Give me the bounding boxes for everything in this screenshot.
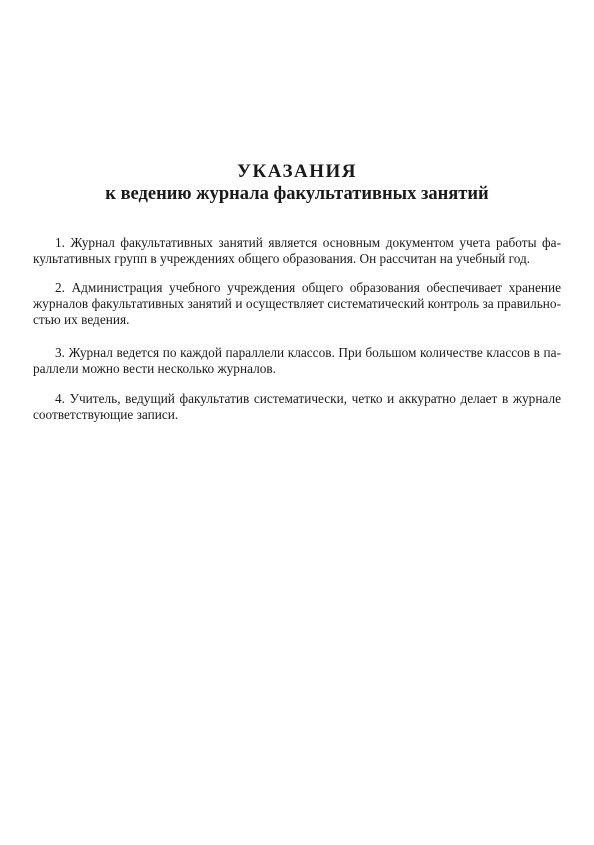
paragraph-line: 1. Журнал факультативных занятий являетс… bbox=[33, 235, 561, 251]
paragraph-line: 3. Журнал ведется по каждой параллели кл… bbox=[33, 345, 561, 361]
document-subtitle: к ведению журнала факультативных занятий bbox=[0, 182, 594, 206]
paragraph-line: стью их ведения. bbox=[33, 312, 561, 328]
paragraph-4: 4. Учитель, ведущий факультатив системат… bbox=[33, 391, 561, 423]
paragraph-line: 4. Учитель, ведущий факультатив системат… bbox=[33, 391, 561, 407]
paragraph-line: раллели можно вести несколько журналов. bbox=[33, 361, 561, 377]
paragraph-3: 3. Журнал ведется по каждой параллели кл… bbox=[33, 345, 561, 377]
paragraph-line: журналов факультативных занятий и осущес… bbox=[33, 296, 561, 312]
document-title: УКАЗАНИЯ bbox=[0, 160, 594, 184]
paragraph-1: 1. Журнал факультативных занятий являетс… bbox=[33, 235, 561, 267]
paragraph-line: соответствующие записи. bbox=[33, 407, 561, 423]
paragraph-line: культативных групп в учреждениях общего … bbox=[33, 251, 561, 267]
paragraph-2: 2. Администрация учебного учреждения общ… bbox=[33, 280, 561, 328]
paragraph-line: 2. Администрация учебного учреждения общ… bbox=[33, 280, 561, 296]
